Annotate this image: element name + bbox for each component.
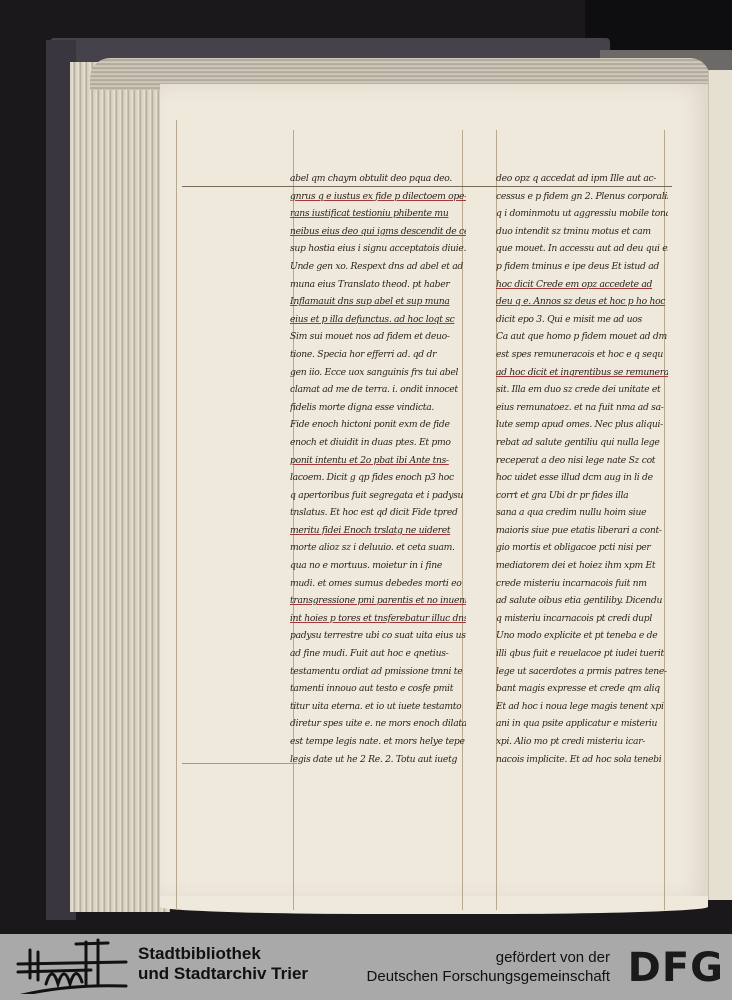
manuscript-line: eius et p illa defunctus. ad hoc loqt sc (290, 311, 466, 329)
manuscript-line: duo intendit sz tminu motus et cam (496, 223, 668, 241)
manuscript-line: mediatorem dei et hoiez ihm xpm Et (496, 557, 668, 575)
manuscript-line: diretur spes uite e. ne mors enoch dilat… (290, 715, 466, 733)
stadtbibliothek-trier-logo-icon (16, 938, 128, 994)
manuscript-line: clamat ad me de terra. i. ondit innocet (290, 381, 466, 399)
library-name-line2: und Stadtarchiv Trier (138, 964, 308, 984)
manuscript-line: xpi. Alio mo pt credi misteriu icar- (496, 733, 668, 751)
manuscript-line: abel qm chaym obtulit deo pqua deo. (290, 170, 466, 188)
manuscript-line: crede misteriu incarnacois fuit nm (496, 575, 668, 593)
manuscript-line: ad hoc dicit et inqrentibus se remunerat… (496, 364, 668, 382)
manuscript-line: illi qbus fuit e reuelacoe pt iudei tuer… (496, 645, 668, 663)
manuscript-line: lege ut sacerdotes a prmis patres tene- (496, 663, 668, 681)
manuscript-line: mudi. et omes sumus debedes morti eo (290, 575, 466, 593)
manuscript-line: ani in qua psite applicatur e misteriu (496, 715, 668, 733)
manuscript-line: rans iustificat testioniu phibente mu (290, 205, 466, 223)
text-column-right: deo opz q accedat ad ipm Ille aut ac-ces… (496, 170, 668, 770)
manuscript-line: Ca aut que homo p fidem mouet ad dm (496, 328, 668, 346)
manuscript-line: meritu fidei Enoch trslatg ne uideret (290, 522, 466, 540)
manuscript-line: neibus eius deo qui igms descendit de ce… (290, 223, 466, 241)
funding-line2: Deutschen Forschungsgemeinschaft (367, 967, 610, 986)
library-name-line1: Stadtbibliothek (138, 944, 308, 964)
manuscript-line: sup hostia eius i signu acceptatois diui… (290, 240, 466, 258)
ruling-line (176, 120, 177, 910)
manuscript-line: tione. Specia hor efferri ad. qd dr (290, 346, 466, 364)
manuscript-line: tamenti innouo aut testo e cosfe pmit (290, 680, 466, 698)
manuscript-line: fidelis morte digna esse vindicta. (290, 399, 466, 417)
manuscript-line: q apertoribus fuit segregata et i padysu (290, 487, 466, 505)
manuscript-line: ponit intentu et 2o pbat ibi Ante tns- (290, 452, 466, 470)
manuscript-line: hoc dicit Crede em opz accedete ad (496, 276, 668, 294)
manuscript-line: gen iio. Ecce uox sanguinis frs tui abel (290, 364, 466, 382)
page-stack-edge (70, 62, 170, 912)
manuscript-line: deo opz q accedat ad ipm Ille aut ac- (496, 170, 668, 188)
manuscript-line: muna eius Translato theod. pt haber (290, 276, 466, 294)
manuscript-line: gio mortis et obligacoe pcti nisi per (496, 539, 668, 557)
footer-banner: Stadtbibliothek und Stadtarchiv Trier ge… (0, 934, 732, 1000)
manuscript-line: rebat ad salute gentiliu qui nulla lege (496, 434, 668, 452)
facing-page-edge (708, 70, 732, 900)
manuscript-line: sana a qua credim nullu hoim siue (496, 504, 668, 522)
manuscript-line: sit. Illa em duo sz crede dei unitate et (496, 381, 668, 399)
library-name: Stadtbibliothek und Stadtarchiv Trier (138, 944, 308, 984)
manuscript-line: testamentu ordiat ad pmissione tmni te (290, 663, 466, 681)
manuscript-line: titur uita eterna. et io ut iuete testam… (290, 698, 466, 716)
funding-line1: gefördert von der (367, 948, 610, 967)
manuscript-line: gentiles. q no erat obligati ad lege (496, 768, 668, 770)
funding-notice: gefördert von der Deutschen Forschungsge… (367, 948, 610, 986)
manuscript-line: hoc uidet esse illud dcm aug in li de (496, 469, 668, 487)
manuscript-line: corrt et gra Ubi dr pr fides illa (496, 487, 668, 505)
manuscript-line: morte alioz sz i deluuio. et ceta suam. (290, 539, 466, 557)
manuscript-line: nacois implicite. Et ad hoc sola tenebi (496, 751, 668, 769)
manuscript-line: Sim sui mouet nos ad fidem et deuo- (290, 328, 466, 346)
manuscript-line: lacoem. Dicit g qp fides enoch p3 hoc (290, 469, 466, 487)
manuscript-line: legis date ut he 2 Re. 2. Totu aut iuetg (290, 751, 466, 769)
manuscript-line: Et ad hoc i noua lege magis tenent xpi (496, 698, 668, 716)
manuscript-line: ad fine mudi. Fuit aut hoc e qnetius- (290, 645, 466, 663)
manuscript-line: q misteriu incarnacois pt credi dupl (496, 610, 668, 628)
manuscript-line: q i dominmotu ut aggressiu mobile tonale (496, 205, 668, 223)
manuscript-line: Unde gen xo. Respext dns ad abel et ad (290, 258, 466, 276)
manuscript-line: enoch et diuidit in duas ptes. Et pmo (290, 434, 466, 452)
manuscript-line: testamentu decurrit p illa duo tepa. Ant… (290, 768, 466, 770)
manuscript-line: p fidem tminus e ipe deus Et istud ad (496, 258, 668, 276)
ruling-line (182, 763, 297, 764)
manuscript-line: bant magis expresse et crede qm aliq (496, 680, 668, 698)
manuscript-line: int hoies p tores et tnsferebatur illuc … (290, 610, 466, 628)
manuscript-line: padysu terrestre ubi co suat uita eius u… (290, 627, 466, 645)
manuscript-line: ad salute oibus etia gentiliby. Dicendu (496, 592, 668, 610)
manuscript-line: qua no e mortuus. moietur in i fine (290, 557, 466, 575)
text-column-left: abel qm chaym obtulit deo pqua deo.gnrus… (290, 170, 466, 770)
manuscript-line: Fide enoch hictoni ponit exm de fide (290, 416, 466, 434)
manuscript-line: gnrus q e iustus ex fide p dilectoem ope… (290, 188, 466, 206)
manuscript-line: Inflamauit dns sup abel et sup muna (290, 293, 466, 311)
manuscript-scan: abel qm chaym obtulit deo pqua deo.gnrus… (0, 0, 732, 934)
page-bottom-edge (160, 896, 708, 914)
manuscript-line: transgressione pmi parentis et no inueni… (290, 592, 466, 610)
manuscript-line: que mouet. In accessu aut ad deu qui est (496, 240, 668, 258)
manuscript-line: cessus e p fidem gn 2. Plenus corporalis (496, 188, 668, 206)
manuscript-line: est spes remuneracois et hoc e q sequ (496, 346, 668, 364)
manuscript-line: lute semp apud omes. Nec plus aliqui- (496, 416, 668, 434)
manuscript-line: maioris siue pue etatis liberari a cont- (496, 522, 668, 540)
manuscript-line: deu q e. Annos sz deus et hoc p ho hoc (496, 293, 668, 311)
manuscript-line: receperat a deo nisi lege nate Sz cot (496, 452, 668, 470)
manuscript-line: eius remunatoez. et na fuit nma ad sa- (496, 399, 668, 417)
dfg-logo: DFG (628, 948, 724, 988)
manuscript-line: Uno modo explicite et pt teneba e de (496, 627, 668, 645)
manuscript-line: dicit epo 3. Qui e misit me ad uos (496, 311, 668, 329)
manuscript-line: est tempe legis nate. et mors helye tepe (290, 733, 466, 751)
manuscript-line: tnslatus. Et hoc est qd dicit Fide tpred (290, 504, 466, 522)
